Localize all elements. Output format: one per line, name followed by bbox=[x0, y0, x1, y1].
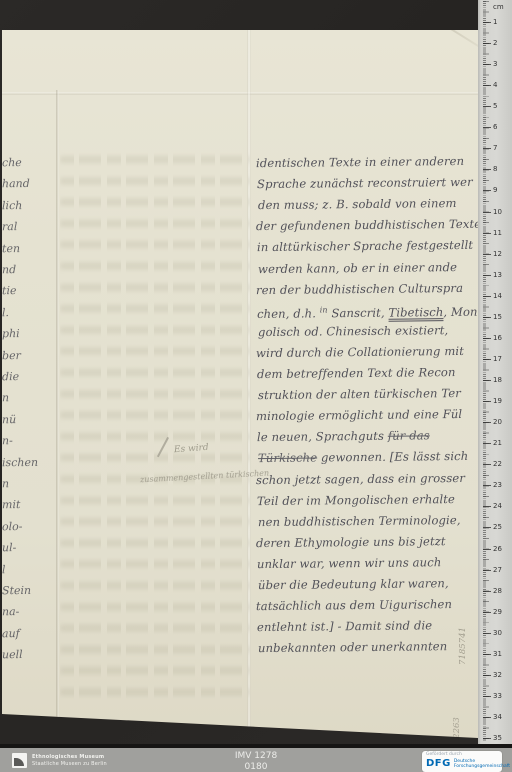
ruler-cm-tick bbox=[483, 212, 491, 213]
handwritten-line: Teil der im Mongolischen erhalte bbox=[257, 488, 473, 510]
under-page-line-ending: lich bbox=[2, 199, 48, 212]
archive-footer-bar: Ethnologisches Museum Staatliche Museen … bbox=[0, 744, 512, 772]
ruler-cm-number: 19 bbox=[493, 397, 509, 405]
under-page-line-ending: na- bbox=[2, 605, 48, 618]
ruler-cm-number: 33 bbox=[493, 692, 509, 700]
ruler-cm-number: 26 bbox=[493, 545, 509, 553]
under-page-line-ending: olo- bbox=[2, 520, 48, 533]
ruler-cm-tick bbox=[483, 612, 491, 613]
ruler-cm-number: 23 bbox=[493, 481, 509, 489]
ruler-cm-tick bbox=[483, 485, 491, 486]
handwritten-line: schon jetzt sagen, dass ein grosser bbox=[256, 467, 472, 489]
ruler-cm-tick bbox=[483, 254, 491, 255]
ruler-cm-number: 7 bbox=[493, 144, 509, 152]
ruler-cm-number: 28 bbox=[493, 587, 509, 595]
under-page-line-ending: uell bbox=[2, 648, 48, 661]
handwritten-line: unklar war, wenn wir uns auch bbox=[257, 552, 473, 574]
ruler-cm-number: 11 bbox=[493, 229, 509, 237]
ruler-cm-number: 34 bbox=[493, 713, 509, 721]
handwritten-line: golisch od. Chinesisch existiert, bbox=[258, 320, 474, 342]
handwritten-line: tatsächlich aus dem Uigurischen bbox=[256, 594, 472, 616]
under-page-line-ending: tie bbox=[2, 284, 48, 297]
ruler-cm-tick bbox=[483, 359, 491, 360]
ruler-cm-number: 13 bbox=[493, 271, 509, 279]
ruler-cm-number: 5 bbox=[493, 102, 509, 110]
ruler-cm-number: 10 bbox=[493, 208, 509, 216]
under-page-line-ending: Stein bbox=[2, 584, 48, 597]
ruler-cm-tick bbox=[483, 64, 491, 65]
ruler-cm-tick bbox=[483, 338, 491, 339]
under-page-line-ending: che bbox=[2, 156, 48, 169]
ruler-cm-number: 12 bbox=[493, 250, 509, 258]
ruler-cm-number: 4 bbox=[493, 81, 509, 89]
handwritten-line: in alttürkischer Sprache festgestellt bbox=[257, 235, 473, 257]
under-page-line-ending: hand bbox=[2, 177, 48, 190]
handwritten-line: struktion der alten türkischen Ter bbox=[258, 383, 474, 405]
under-page-line-ending: n bbox=[2, 391, 48, 404]
under-page-line-ending: ischen bbox=[2, 455, 48, 468]
ruler-cm-tick bbox=[483, 127, 491, 128]
ruler-cm-tick bbox=[483, 696, 491, 697]
horizontal-crease bbox=[2, 92, 478, 95]
ruler-unit-label: cm bbox=[493, 3, 504, 11]
ruler-cm-number: 20 bbox=[493, 418, 509, 426]
manuscript-page: chehandlichraltenndtiel.phiberdiennün-is… bbox=[2, 30, 478, 740]
pencil-page-number: 196 bbox=[35, 726, 52, 739]
ruler-cm-tick bbox=[483, 422, 491, 423]
ruler-cm-tick bbox=[483, 317, 491, 318]
under-page-line-ending: auf bbox=[2, 627, 48, 640]
ruler-cm-number: 17 bbox=[493, 355, 509, 363]
ruler-cm-tick bbox=[483, 738, 491, 739]
ruler-cm-number: 8 bbox=[493, 165, 509, 173]
ruler-cm-tick bbox=[483, 464, 491, 465]
dfg-acronym: DFG bbox=[426, 758, 451, 769]
ruler-cm-tick bbox=[483, 633, 491, 634]
ruler-cm-number: 16 bbox=[493, 334, 509, 342]
ruler-cm-number: 18 bbox=[493, 376, 509, 384]
ruler-cm-tick bbox=[483, 675, 491, 676]
ruler-cm-number: 35 bbox=[493, 734, 509, 742]
ruler-cm-number: 29 bbox=[493, 608, 509, 616]
cm-ruler: cm 1234567891011121314151617181920212223… bbox=[478, 0, 512, 744]
ink-showthrough bbox=[60, 150, 250, 710]
ruler-cm-number: 25 bbox=[493, 523, 509, 531]
pencil-vertical-number-1: 7185741 bbox=[458, 604, 470, 688]
ruler-cm-number: 1 bbox=[493, 18, 509, 26]
handwritten-line: ren der buddhistischen Culturspra bbox=[256, 277, 472, 299]
handwritten-line: der gefundenen buddhistischen Texte bbox=[256, 214, 472, 236]
manuscript-scan: chehandlichraltenndtiel.phiberdiennün-is… bbox=[0, 0, 478, 744]
under-page-line-ending: ten bbox=[2, 241, 48, 254]
handwritten-line: Sprache zunächst reconstruiert wer bbox=[257, 172, 473, 194]
ruler-cm-tick bbox=[483, 233, 491, 234]
ruler-cm-number: 6 bbox=[493, 123, 509, 131]
ruler-cm-tick bbox=[483, 296, 491, 297]
ruler-cm-tick bbox=[483, 380, 491, 381]
handwritten-line: le neuen, Sprachguts für das bbox=[257, 425, 473, 447]
ruler-cm-number: 14 bbox=[493, 292, 509, 300]
under-page-line-ending: ber bbox=[2, 348, 48, 361]
under-page-line-ending: ral bbox=[2, 220, 48, 233]
ruler-cm-tick bbox=[483, 717, 491, 718]
ruler-cm-tick bbox=[483, 169, 491, 170]
under-page-line-ending: phi bbox=[2, 327, 48, 340]
archive-scan-viewport: chehandlichraltenndtiel.phiberdiennün-is… bbox=[0, 0, 512, 772]
ruler-halfcm-ticks bbox=[483, 1, 489, 741]
ruler-cm-tick bbox=[483, 275, 491, 276]
ruler-cm-tick bbox=[483, 549, 491, 550]
ruler-cm-number: 32 bbox=[493, 671, 509, 679]
ruler-cm-number: 31 bbox=[493, 650, 509, 658]
ruler-cm-number: 30 bbox=[493, 629, 509, 637]
under-page-line-ending: mit bbox=[2, 498, 48, 511]
under-page-line-ending: n bbox=[2, 477, 48, 490]
handwritten-line: den muss; z. B. sobald von einem bbox=[258, 193, 474, 215]
ruler-cm-number: 3 bbox=[493, 60, 509, 68]
ruler-cm-tick bbox=[483, 148, 491, 149]
handwritten-line: Türkische gewonnen. [Es lässt sich bbox=[258, 446, 474, 468]
ruler-cm-number: 9 bbox=[493, 186, 509, 194]
handwritten-line: nen buddhistischen Terminologie, bbox=[258, 510, 474, 532]
ruler-cm-tick bbox=[483, 106, 491, 107]
under-page-line-ending: n- bbox=[2, 434, 48, 447]
under-page-line-ending: ul- bbox=[2, 541, 48, 554]
dfg-name-line2: Forschungsgemeinschaft bbox=[454, 764, 510, 769]
ruler-cm-number: 22 bbox=[493, 460, 509, 468]
dfg-logo: Gefördert durch DFG Deutsche Forschungsg… bbox=[422, 751, 502, 772]
under-page-line-ending: nü bbox=[2, 413, 48, 426]
handwritten-line: deren Ethymologie uns bis jetzt bbox=[256, 531, 472, 553]
ruler-cm-number: 21 bbox=[493, 439, 509, 447]
ruler-cm-number: 27 bbox=[493, 566, 509, 574]
ruler-cm-tick bbox=[483, 85, 491, 86]
ruler-cm-tick bbox=[483, 654, 491, 655]
under-page-edge bbox=[56, 90, 59, 730]
under-page-line-ending: l bbox=[2, 562, 48, 575]
ruler-cm-number: 24 bbox=[493, 502, 509, 510]
handwritten-line: identischen Texte in einer anderen bbox=[256, 151, 472, 173]
ruler-cm-tick bbox=[483, 190, 491, 191]
under-page-line-ending: nd bbox=[2, 263, 48, 276]
handwritten-line: wird durch die Collationierung mit bbox=[256, 341, 472, 363]
under-page-line-ending: l. bbox=[2, 306, 48, 319]
handwritten-line: minologie ermöglicht und eine Fül bbox=[256, 404, 472, 426]
under-page-line-ending: die bbox=[2, 370, 48, 383]
ruler-cm-tick bbox=[483, 506, 491, 507]
ruler-cm-tick bbox=[483, 22, 491, 23]
ruler-cm-tick bbox=[483, 443, 491, 444]
ruler-cm-tick bbox=[483, 570, 491, 571]
handwritten-line: unbekannten oder unerkannten bbox=[258, 636, 474, 658]
handwritten-line: über die Bedeutung klar waren, bbox=[258, 573, 474, 595]
ruler-cm-tick bbox=[483, 527, 491, 528]
ruler-cm-number: 2 bbox=[493, 39, 509, 47]
handwritten-line: dem betreffenden Text die Recon bbox=[257, 362, 473, 384]
ruler-cm-tick bbox=[483, 43, 491, 44]
ruler-cm-tick bbox=[483, 401, 491, 402]
handwritten-line: entlehnt ist.] - Damit sind die bbox=[257, 615, 473, 637]
ruler-cm-tick bbox=[483, 591, 491, 592]
ruler-cm-number: 15 bbox=[493, 313, 509, 321]
handwritten-line: werden kann, ob er in einer ande bbox=[258, 256, 474, 278]
